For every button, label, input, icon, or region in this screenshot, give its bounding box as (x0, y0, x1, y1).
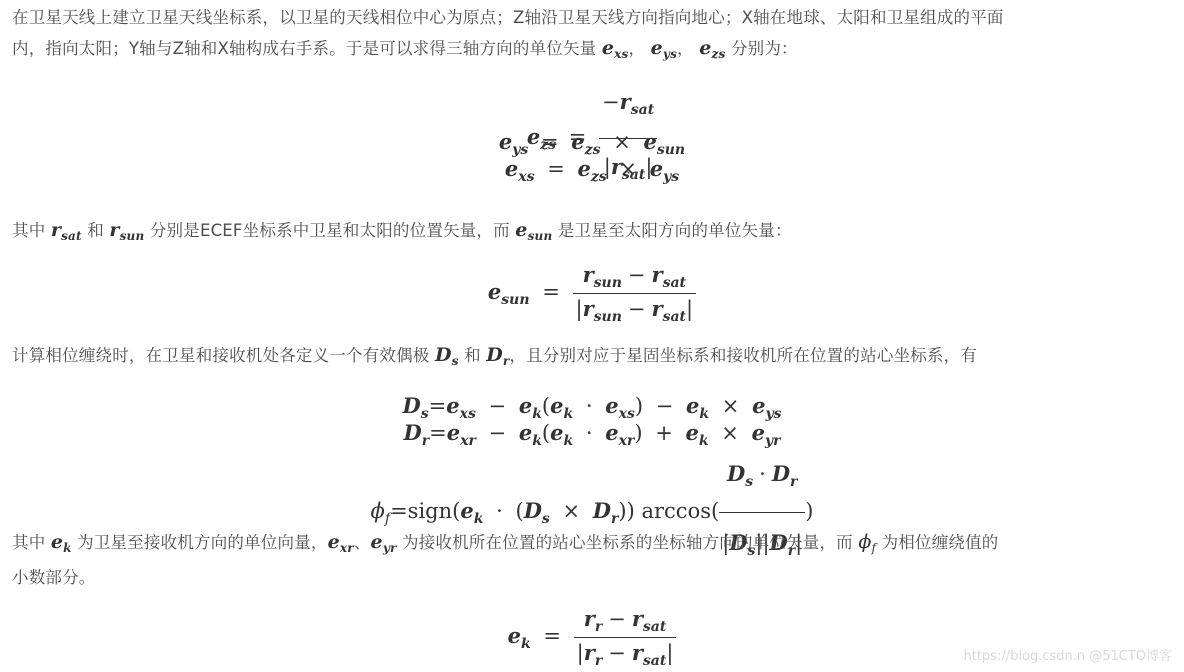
p1-line2: 内，指向太阳；Y轴与Z轴和X轴构成右手系。于是可以求得三轴方向的单位矢量 exs… (12, 33, 1177, 69)
p4-line2: 小数部分。 (12, 563, 1177, 593)
equation-block-dipoles: Ds=exs − ek(ek · exs) − ek × eys Dr=exr … (0, 392, 1184, 502)
equation-ezs: ezs = −rsat |rsat| (0, 76, 1184, 128)
math-Dr: Dr (486, 344, 509, 366)
equation-phi: ϕf=sign(ek · (Ds × Dr)) arccos( Ds·Dr |D… (0, 446, 1184, 502)
math-eys: eys (651, 37, 677, 59)
math-rsat: rsat (51, 219, 82, 241)
equation-eys: eys = ezs × esun (0, 128, 1184, 155)
math-Ds: Ds (435, 344, 459, 366)
equation-exs: exs = ezs × eys (0, 155, 1184, 182)
paragraph-sun-vector: 其中 rsat 和 rsun 分别是ECEF坐标系中卫星和太阳的位置矢量，而 e… (12, 215, 1177, 251)
math-exr: exr (328, 531, 354, 553)
math-phif: ϕf (858, 531, 876, 553)
equation-esun: esun = rsun−rsat |rsun−rsat| (0, 262, 1184, 325)
math-eyr: eyr (371, 531, 397, 553)
p4-line1: 其中 ek 为卫星至接收机方向的单位向量，exr、eyr 为接收机所在位置的站心… (12, 527, 1177, 563)
paragraph-antenna-frame: 在卫星天线上建立卫星天线坐标系，以卫星的天线相位中心为原点；Z轴沿卫星天线方向指… (12, 3, 1177, 69)
p1-line1: 在卫星天线上建立卫星天线坐标系，以卫星的天线相位中心为原点；Z轴沿卫星天线方向指… (12, 3, 1177, 33)
paragraph-ek-definition: 其中 ek 为卫星至接收机方向的单位向量，exr、eyr 为接收机所在位置的站心… (12, 527, 1177, 593)
math-rsun: rsun (109, 219, 144, 241)
equation-Dr: Dr=exr − ek(ek · exr) + ek × eyr (0, 419, 1184, 446)
math-ezs: ezs (699, 37, 725, 59)
math-esun: esun (515, 219, 552, 241)
math-exs: exs (602, 37, 629, 59)
equation-Ds: Ds=exs − ek(ek · exs) − ek × eys (0, 392, 1184, 419)
equation-block-axes: ezs = −rsat |rsat| eys = ezs × esun exs … (0, 76, 1184, 182)
watermark: https://blog.csdn.n @51CTO博客 (963, 645, 1172, 664)
math-ek: ek (51, 531, 72, 553)
paragraph-dipoles: 计算相位缠绕时，在卫星和接收机处各定义一个有效偶极 Ds 和 Dr，且分别对应于… (12, 340, 1177, 376)
